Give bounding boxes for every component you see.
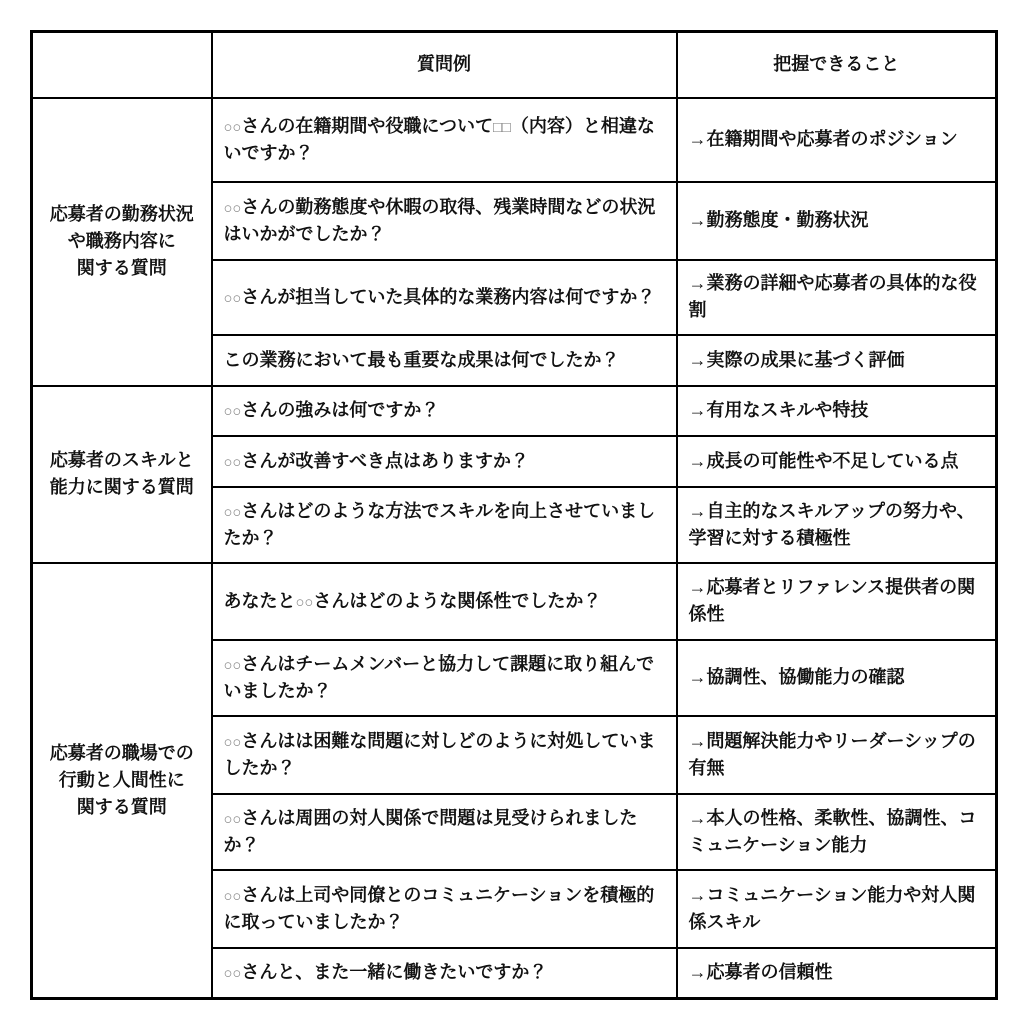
page-background: 質問例 把握できること 応募者の勤務状況 や職務内容に 関する質問 ○○さんの在… — [0, 0, 1024, 1024]
placeholder-symbol: ○ — [232, 201, 241, 217]
question-cell: この業務において最も重要な成果は何でしたか？ — [212, 335, 677, 386]
question-cell: ○○さんはチームメンバーと協力して課題に取り組んでいましたか？ — [212, 640, 677, 716]
table-row: 応募者の職場での 行動と人間性に 関する質問 あなたと○○さんはどのような関係性… — [32, 563, 997, 640]
corner-cell — [32, 32, 212, 98]
header-row: 質問例 把握できること — [32, 32, 997, 98]
placeholder-symbol: ○ — [232, 966, 241, 982]
insight-cell: →応募者とリファレンス提供者の関係性 — [677, 563, 997, 640]
question-cell: あなたと○○さんはどのような関係性でしたか？ — [212, 563, 677, 640]
placeholder-symbol: ○ — [232, 505, 241, 521]
placeholder-symbol: ○ — [304, 595, 313, 611]
insight-cell: →問題解決能力やリーダーシップの有無 — [677, 716, 997, 794]
question-cell: ○○さんはどのような方法でスキルを向上させていましたか？ — [212, 487, 677, 563]
question-cell: ○○さんが担当していた具体的な業務内容は何ですか？ — [212, 260, 677, 335]
table-row: 応募者のスキルと 能力に関する質問 ○○さんの強みは何ですか？ →有用なスキルや… — [32, 386, 997, 436]
category-cell-behavior: 応募者の職場での 行動と人間性に 関する質問 — [32, 563, 212, 999]
insight-cell: →自主的なスキルアップの努力や、学習に対する積極性 — [677, 487, 997, 563]
placeholder-symbol: □ — [502, 120, 511, 136]
placeholder-symbol: ○ — [232, 812, 241, 828]
insight-cell: →コミュニケーション能力や対人関係スキル — [677, 870, 997, 948]
insight-cell: →応募者の信頼性 — [677, 948, 997, 999]
placeholder-symbol: ○ — [232, 404, 241, 420]
question-cell: ○○さんが改善すべき点はありますか？ — [212, 436, 677, 487]
placeholder-symbol: ○ — [232, 658, 241, 674]
question-cell: ○○さんは上司や同僚とのコミュニケーションを積極的に取っていましたか？ — [212, 870, 677, 948]
placeholder-symbol: ○ — [232, 291, 241, 307]
question-column-header: 質問例 — [212, 32, 677, 98]
insight-cell: →実際の成果に基づく評価 — [677, 335, 997, 386]
table-row: 応募者の勤務状況 や職務内容に 関する質問 ○○さんの在籍期間や役職について□□… — [32, 98, 997, 182]
placeholder-symbol: ○ — [232, 120, 241, 136]
placeholder-symbol: ○ — [232, 735, 241, 751]
question-cell: ○○さんはは困難な問題に対しどのように対処していましたか？ — [212, 716, 677, 794]
category-cell-skills: 応募者のスキルと 能力に関する質問 — [32, 386, 212, 563]
question-cell: ○○さんは周囲の対人関係で問題は見受けられましたか？ — [212, 794, 677, 870]
insight-column-header: 把握できること — [677, 32, 997, 98]
insight-cell: →協調性、協働能力の確認 — [677, 640, 997, 716]
insight-cell: →勤務態度・勤務状況 — [677, 182, 997, 260]
insight-cell: →有用なスキルや特技 — [677, 386, 997, 436]
insight-cell: →在籍期間や応募者のポジション — [677, 98, 997, 182]
placeholder-symbol: ○ — [232, 455, 241, 471]
placeholder-symbol: ○ — [232, 889, 241, 905]
placeholder-symbol: □ — [493, 120, 502, 136]
insight-cell: →本人の性格、柔軟性、協調性、コミュニケーション能力 — [677, 794, 997, 870]
insight-cell: →業務の詳細や応募者の具体的な役割 — [677, 260, 997, 335]
question-cell: ○○さんの在籍期間や役職について□□（内容）と相違ないですか？ — [212, 98, 677, 182]
reference-check-table: 質問例 把握できること 応募者の勤務状況 や職務内容に 関する質問 ○○さんの在… — [30, 30, 998, 1000]
category-cell-work-status: 応募者の勤務状況 や職務内容に 関する質問 — [32, 98, 212, 386]
insight-cell: →成長の可能性や不足している点 — [677, 436, 997, 487]
question-cell: ○○さんの勤務態度や休暇の取得、残業時間などの状況はいかがでしたか？ — [212, 182, 677, 260]
question-cell: ○○さんの強みは何ですか？ — [212, 386, 677, 436]
question-cell: ○○さんと、また一緒に働きたいですか？ — [212, 948, 677, 999]
